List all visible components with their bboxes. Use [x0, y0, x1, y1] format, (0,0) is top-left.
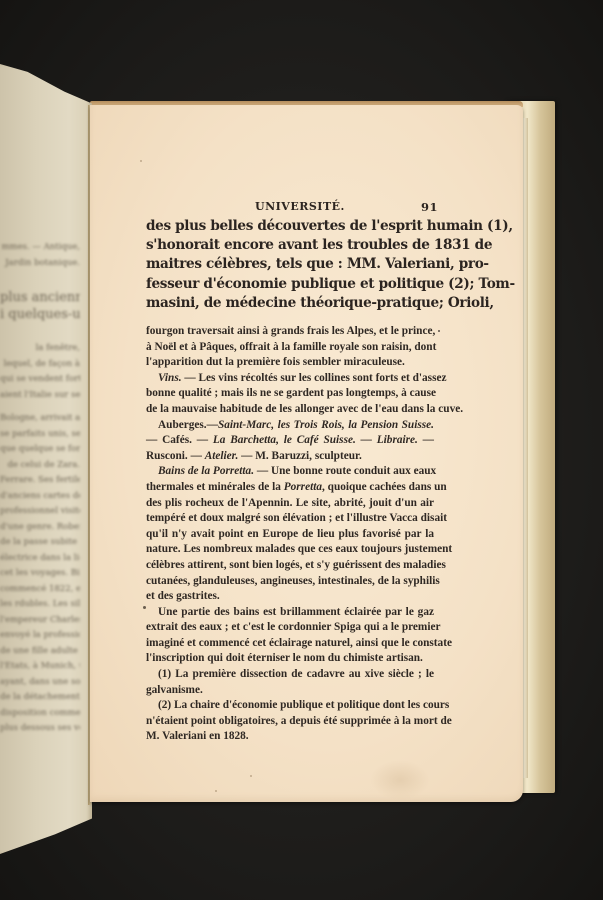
footnote-2-cont: n'étaient point obligatoires, a depuis é…: [146, 714, 434, 730]
text-line: masini, de médecine théorique-pratique; …: [146, 294, 436, 313]
text-run: — Une bonne route conduit aux eaux: [254, 465, 436, 477]
section-label-auberges: Auberges.—: [158, 419, 218, 431]
left-line: les rdubles. Les silent fols-: [0, 597, 80, 613]
left-line: Jardin botanique.: [0, 256, 80, 272]
left-line: l'Etats, à Munich, un aoust: [0, 659, 80, 675]
text-line: à Noël et à Pâques, offrait à la famille…: [146, 340, 434, 356]
left-line: i quelques-uns: [0, 306, 80, 323]
left-line: cet les voyages. Bien,: [0, 566, 80, 582]
section-label-bains: Bains de la Porretta.: [158, 465, 254, 477]
running-head-title: UNIVERSITÉ.: [255, 200, 345, 213]
left-line: que quelque se formé à: [0, 442, 80, 458]
left-line: se parfaits unis, ses: [0, 427, 80, 443]
left-line: mmes. — Antique,: [0, 240, 80, 256]
paper-speck: [250, 775, 252, 777]
text-line: Une partie des bains est brillamment écl…: [146, 605, 434, 621]
footnote-1: (1) La première dissection de cadavre au…: [146, 667, 434, 683]
footnote-2-cont: M. Valeriani en 1828.: [146, 729, 434, 745]
footnote-1-cont: galvanisme.: [146, 683, 434, 699]
left-line: électrice dans la ligne,: [0, 551, 80, 567]
text-line: et des gastrites.: [146, 589, 434, 605]
left-line: plus dessous ses voyages. Ce: [0, 721, 80, 737]
paper-speck: [140, 160, 142, 162]
running-head: UNIVERSITÉ. 91: [255, 200, 435, 216]
page-stain: [370, 760, 430, 800]
left-line: envoyé la profession la: [0, 628, 80, 644]
footnote-2: (2) La chaire d'économie publique et pol…: [146, 698, 434, 714]
left-line: disposition comme celle: [0, 706, 80, 722]
left-line: plus ancienne,: [0, 289, 80, 306]
section-atelier: Rusconi. — Atelier. — M. Baruzzi, sculpt…: [146, 449, 434, 465]
left-line: de une fille adulte fort: [0, 644, 80, 660]
text-line: célèbres attirent, sont bien logés, et s…: [146, 558, 434, 574]
left-line: commencé 1822, et sud: [0, 582, 80, 598]
place-name: Porretta: [284, 481, 322, 493]
text-run: — Les vins récoltés sur les collines son…: [182, 372, 447, 384]
text-line: fesseur d'économie publique et politique…: [146, 275, 436, 294]
left-line: de la détachement, et: [0, 690, 80, 706]
text-line: cutanées, glanduleuses, angineuses, inte…: [146, 574, 434, 590]
text-line: qu'il n'y avait point en Europe de lieu …: [146, 527, 434, 543]
left-line: d'anciens cartes de fruits,: [0, 489, 80, 505]
text-line: thermales et minérales de la Porretta, q…: [146, 480, 434, 496]
text-line: bonne qualité ; mais ils ne se gardent p…: [146, 386, 434, 402]
margin-mark: [143, 606, 146, 609]
cafes-list: La Barchetta, le Café Suisse. — Libraire…: [213, 434, 434, 446]
margin-mark: [438, 330, 440, 332]
section-bains: Bains de la Porretta. — Une bonne route …: [146, 464, 434, 480]
left-line: qui se vendent fort: [0, 372, 80, 388]
left-page-text: mmes. — Antique, Jardin botanique. plus …: [0, 240, 80, 737]
left-line: de la passe subite avec: [0, 535, 80, 551]
atelier-label: Atelier.: [205, 450, 239, 462]
paper-speck: [215, 790, 217, 792]
text-line: fourgon traversait ainsi à grands frais …: [146, 324, 434, 340]
left-line: aient l'Italie sur ses pa-: [0, 388, 80, 404]
left-line: professionnel visite: [0, 504, 80, 520]
left-line: la fenêtre,: [0, 341, 80, 357]
cafes-label: — Cafés. —: [146, 434, 213, 446]
left-line: lequel, de façon à: [0, 357, 80, 373]
auberges-list: Saint-Marc, les Trois Rois, la Pension S…: [218, 419, 434, 431]
section-cafes: — Cafés. — La Barchetta, le Café Suisse.…: [146, 433, 434, 449]
left-line: d'une genre. Robert a été: [0, 520, 80, 536]
text-line: nature. Les nombreux malades que ces eau…: [146, 542, 434, 558]
left-line: Ferrare. Ses fertiles: [0, 473, 80, 489]
text-run: , quoique cachées dans un: [322, 481, 447, 493]
text-run: thermales et minérales de la: [146, 481, 284, 493]
left-line: Bologne, arrivait avec à: [0, 411, 80, 427]
text-line: tempéré et doux malgré son élévation ; e…: [146, 511, 434, 527]
libraire-name: Rusconi. —: [146, 450, 205, 462]
left-line: de celui de Zara.: [0, 458, 80, 474]
section-vins: Vins. — Les vins récoltés sur les collin…: [146, 371, 434, 387]
large-type-paragraph: des plus belles découvertes de l'esprit …: [146, 217, 436, 313]
section-label-vins: Vins.: [158, 372, 182, 384]
small-type-body: fourgon traversait ainsi à grands frais …: [146, 324, 434, 745]
text-line: des plus belles découvertes de l'esprit …: [146, 217, 436, 236]
text-line: de la mauvaise habitude de les allonger …: [146, 402, 434, 418]
text-line: l'apparition dut la première fois semble…: [146, 355, 434, 371]
page-number: 91: [421, 200, 438, 214]
left-line: l'empereur Charles II,: [0, 613, 80, 629]
section-auberges: Auberges.—Saint-Marc, les Trois Rois, la…: [146, 418, 434, 434]
left-line: ayant, dans une sorte de: [0, 675, 80, 691]
sculptor: — M. Baruzzi, sculpteur.: [238, 450, 362, 462]
text-line: maitres célèbres, tels que : MM. Valeria…: [146, 255, 436, 274]
text-line: imaginé et commencé cet éclairage nature…: [146, 636, 434, 652]
text-line: extrait des eaux ; et c'est le cordonnie…: [146, 620, 434, 636]
text-line: l'inscription qui doit éterniser le nom …: [146, 651, 434, 667]
text-line: des plis rocheux de l'Apennin. Le site, …: [146, 496, 434, 512]
text-line: s'honorait encore avant les troubles de …: [146, 236, 436, 255]
